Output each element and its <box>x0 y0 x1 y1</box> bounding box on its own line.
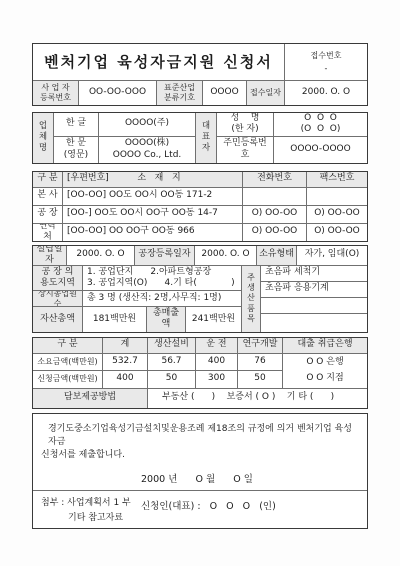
receipt-date-label: 접수일자 <box>247 81 285 105</box>
declaration-text-line2: 신청서를 제출합니다. <box>41 447 359 460</box>
assets-value: 181백만원 <box>83 307 147 332</box>
employees-value: 총 3 명 (생산직: 2명,사무직: 1명) <box>83 291 241 306</box>
applied-equipment: 50 <box>148 371 196 388</box>
rep-id-row: 주민등록번호 OOOO-OOOO <box>217 137 367 163</box>
employees-row: 상시종업원수 총 3 명 (생산직: 2명,사무직: 1명) <box>33 291 241 307</box>
product-item <box>261 298 367 314</box>
factory-reg-date-label: 공장등록일자 <box>135 246 195 265</box>
hanja-name-label: 한 문 (영문) <box>54 137 99 163</box>
collateral-row: 담보제공방법 부동산 ( ) 보증서 ( O ) 기 타 ( ) <box>33 389 367 408</box>
applied-amount-label: 신청금액(백만원) <box>33 371 103 388</box>
factory-reg-date-value: 2000. O. O <box>195 246 257 265</box>
assets-row: 자산총액 181백만원 총매출액 241백만원 <box>33 307 241 332</box>
main-products-list: 초음파 세척기 초음파 응용기계 <box>261 266 367 332</box>
required-operation: 400 <box>196 354 238 370</box>
company-name-group-label: 업 체 명 <box>33 113 54 163</box>
industry-code-value: OOOO <box>203 81 247 105</box>
required-amount-row: 소요금액(백만원) 532.7 56.7 400 76 <box>33 354 283 371</box>
ownership-value: 자가, 임대(O) <box>297 246 367 265</box>
registration-row: 사 업 자 등록번호 OO-OO-OOO 표준산업 분류기호 OOOO 접수일자… <box>33 81 367 105</box>
funding-amounts-left: 소요금액(백만원) 532.7 56.7 400 76 신청금액(백만원) 40… <box>33 354 283 388</box>
title-box: 벤처기업 육성자금지원 신청서 접수번호 - 사 업 자 등록번호 OO-OO-… <box>32 43 368 106</box>
factory-box: 설립일자 2000. O. O 공장등록일자 2000. O. O 소유형태 자… <box>32 245 368 333</box>
receipt-number-value: - <box>325 64 328 74</box>
biz-reg-label: 사 업 자 등록번호 <box>33 81 79 105</box>
company-hanja-row: 한 문 (영문) OOOO(株) OOOO Co., Ltd. <box>54 137 196 163</box>
sales-label: 총매출액 <box>147 307 186 332</box>
sales-value: 241백만원 <box>186 307 241 332</box>
loan-bank-name: O O 은행 <box>306 357 343 368</box>
declaration-text-line1: 경기도중소기업육성기금설치및운용조례 제18조의 규정에 의거 벤처기업 육성자… <box>41 421 359 447</box>
product-item <box>261 314 367 332</box>
main-products-label: 주생 산품 목 <box>241 266 261 332</box>
location-fax: O) OO-OO <box>307 206 367 223</box>
declaration-box: 경기도중소기업육성기금설치및운용조례 제18조의 규정에 의거 벤처기업 육성자… <box>32 413 368 529</box>
applied-amount-row: 신청금액(백만원) 400 50 300 50 <box>33 371 283 388</box>
factory-left-fields: 공 장 의 용도지역 1. 공업단지 2.아파트형공장 3. 공업지역(O) 4… <box>33 266 241 332</box>
collateral-label: 담보제공방법 <box>33 389 148 408</box>
funding-header-operation: 운 전 <box>196 338 238 353</box>
receipt-date-value: 2000. O. O <box>285 81 367 105</box>
applied-total: 400 <box>103 371 148 388</box>
funding-header-row: 구 분 계 생산설비 운 전 연구개발 대출 취급은행 <box>33 338 367 354</box>
company-name-fields: 한 글 OOOO(주) 한 문 (영문) OOOO(株) OOOO Co., L… <box>54 113 196 163</box>
funding-header-total: 계 <box>103 338 148 353</box>
funding-header-category: 구 분 <box>33 338 103 353</box>
rep-id-label: 주민등록번호 <box>217 137 274 163</box>
assets-label: 자산총액 <box>33 307 83 332</box>
declaration-body: 경기도중소기업육성기금설치및운용조례 제18조의 규정에 의거 벤처기업 육성자… <box>33 414 367 490</box>
location-type: 본 사 <box>33 188 63 205</box>
location-header-row: 구 분 [우편번호] 소 재 지 전화번호 팩스번호 <box>33 172 367 188</box>
rep-name-label: 성 명 (한 자) <box>217 113 274 136</box>
required-amount-label: 소요금액(백만원) <box>33 354 103 370</box>
zone-value: 1. 공업단지 2.아파트형공장 3. 공업지역(O) 4.기 타( ) <box>83 266 241 291</box>
established-value: 2000. O. O <box>67 246 135 265</box>
korean-name-label: 한 글 <box>54 113 99 136</box>
rep-name-value: O O O (O O O) <box>274 113 367 136</box>
application-form: 벤처기업 육성자금지원 신청서 접수번호 - 사 업 자 등록번호 OO-OO-… <box>32 43 368 529</box>
title-row: 벤처기업 육성자금지원 신청서 접수번호 - <box>33 44 367 81</box>
korean-name-value: OOOO(주) <box>99 113 196 136</box>
biz-reg-value: OO-OO-OOO <box>79 81 157 105</box>
factory-detail-region: 공 장 의 용도지역 1. 공업단지 2.아파트형공장 3. 공업지역(O) 4… <box>33 266 367 332</box>
factory-dates-row: 설립일자 2000. O. O 공장등록일자 2000. O. O 소유형태 자… <box>33 246 367 266</box>
applied-operation: 300 <box>196 371 238 388</box>
collateral-value: 부동산 ( ) 보증서 ( O ) 기 타 ( ) <box>148 389 367 408</box>
location-fax <box>307 188 367 205</box>
location-address-header: [우편번호] 소 재 지 <box>63 172 243 187</box>
location-type: 공 장 <box>33 206 63 223</box>
location-fax: O) OO-OO <box>307 224 367 241</box>
location-phone: O) OO-OO <box>243 206 307 223</box>
funding-box: 구 분 계 생산설비 운 전 연구개발 대출 취급은행 소요금액(백만원) 53… <box>32 337 368 409</box>
location-address: [OO-OO] OO OO구 OO동 966 <box>63 224 243 241</box>
product-item: 초음파 세척기 <box>261 266 367 282</box>
required-rnd: 76 <box>238 354 283 370</box>
required-equipment: 56.7 <box>148 354 196 370</box>
location-address: [OO-] OO도 OO시 OO구 OO동 14-7 <box>63 206 243 223</box>
loan-bank-cell: O O 은행 O O 지점 <box>283 354 367 388</box>
location-address: [OO-OO] OO도 OO시 OO동 171-2 <box>63 188 243 205</box>
industry-code-label: 표준산업 분류기호 <box>157 81 203 105</box>
ownership-label: 소유형태 <box>257 246 297 265</box>
form-title-cell: 벤처기업 육성자금지원 신청서 <box>33 44 285 80</box>
applied-rnd: 50 <box>238 371 283 388</box>
location-row-contact: 연락처 [OO-OO] OO OO구 OO동 966 O) OO-OO O) O… <box>33 224 367 241</box>
funding-header-rnd: 연구개발 <box>238 338 283 353</box>
established-label: 설립일자 <box>33 246 67 265</box>
company-box: 업 체 명 한 글 OOOO(주) 한 문 (영문) OOOO(株) OOOO … <box>32 112 368 164</box>
loan-bank-branch: O O 지점 <box>306 373 343 384</box>
product-item: 초음파 응용기계 <box>261 282 367 298</box>
receipt-number-label: 접수번호 <box>311 51 342 61</box>
employees-label: 상시종업원수 <box>33 291 83 306</box>
location-type-header: 구 분 <box>33 172 63 187</box>
zone-label: 공 장 의 용도지역 <box>33 266 83 291</box>
required-total: 532.7 <box>103 354 148 370</box>
receipt-number-cell: 접수번호 - <box>285 44 367 80</box>
company-korean-row: 한 글 OOOO(주) <box>54 113 196 137</box>
location-fax-header: 팩스번호 <box>307 172 367 187</box>
representative-fields: 성 명 (한 자) O O O (O O O) 주민등록번호 OOOO-OOOO <box>217 113 367 163</box>
hanja-name-value: OOOO(株) OOOO Co., Ltd. <box>99 137 196 163</box>
location-row-factory: 공 장 [OO-] OO도 OO시 OO구 OO동 14-7 O) OO-OO … <box>33 206 367 224</box>
representative-group-label: 대 표 자 <box>196 113 217 163</box>
declaration-date: 2000 년 O 월 O 일 <box>141 471 359 485</box>
location-type: 연락처 <box>33 224 63 241</box>
location-phone-header: 전화번호 <box>243 172 307 187</box>
location-phone: O) OO-OO <box>243 224 307 241</box>
zone-row: 공 장 의 용도지역 1. 공업단지 2.아파트형공장 3. 공업지역(O) 4… <box>33 266 241 292</box>
location-row-headoffice: 본 사 [OO-OO] OO도 OO시 OO동 171-2 <box>33 188 367 206</box>
funding-amounts-region: 소요금액(백만원) 532.7 56.7 400 76 신청금액(백만원) 40… <box>33 354 367 389</box>
form-title: 벤처기업 육성자금지원 신청서 <box>44 53 273 72</box>
funding-header-bank: 대출 취급은행 <box>283 338 367 353</box>
location-phone <box>243 188 307 205</box>
location-box: 구 분 [우편번호] 소 재 지 전화번호 팩스번호 본 사 [OO-OO] O… <box>32 171 368 242</box>
rep-name-row: 성 명 (한 자) O O O (O O O) <box>217 113 367 137</box>
funding-header-equipment: 생산설비 <box>148 338 196 353</box>
rep-id-value: OOOO-OOOO <box>274 137 367 163</box>
